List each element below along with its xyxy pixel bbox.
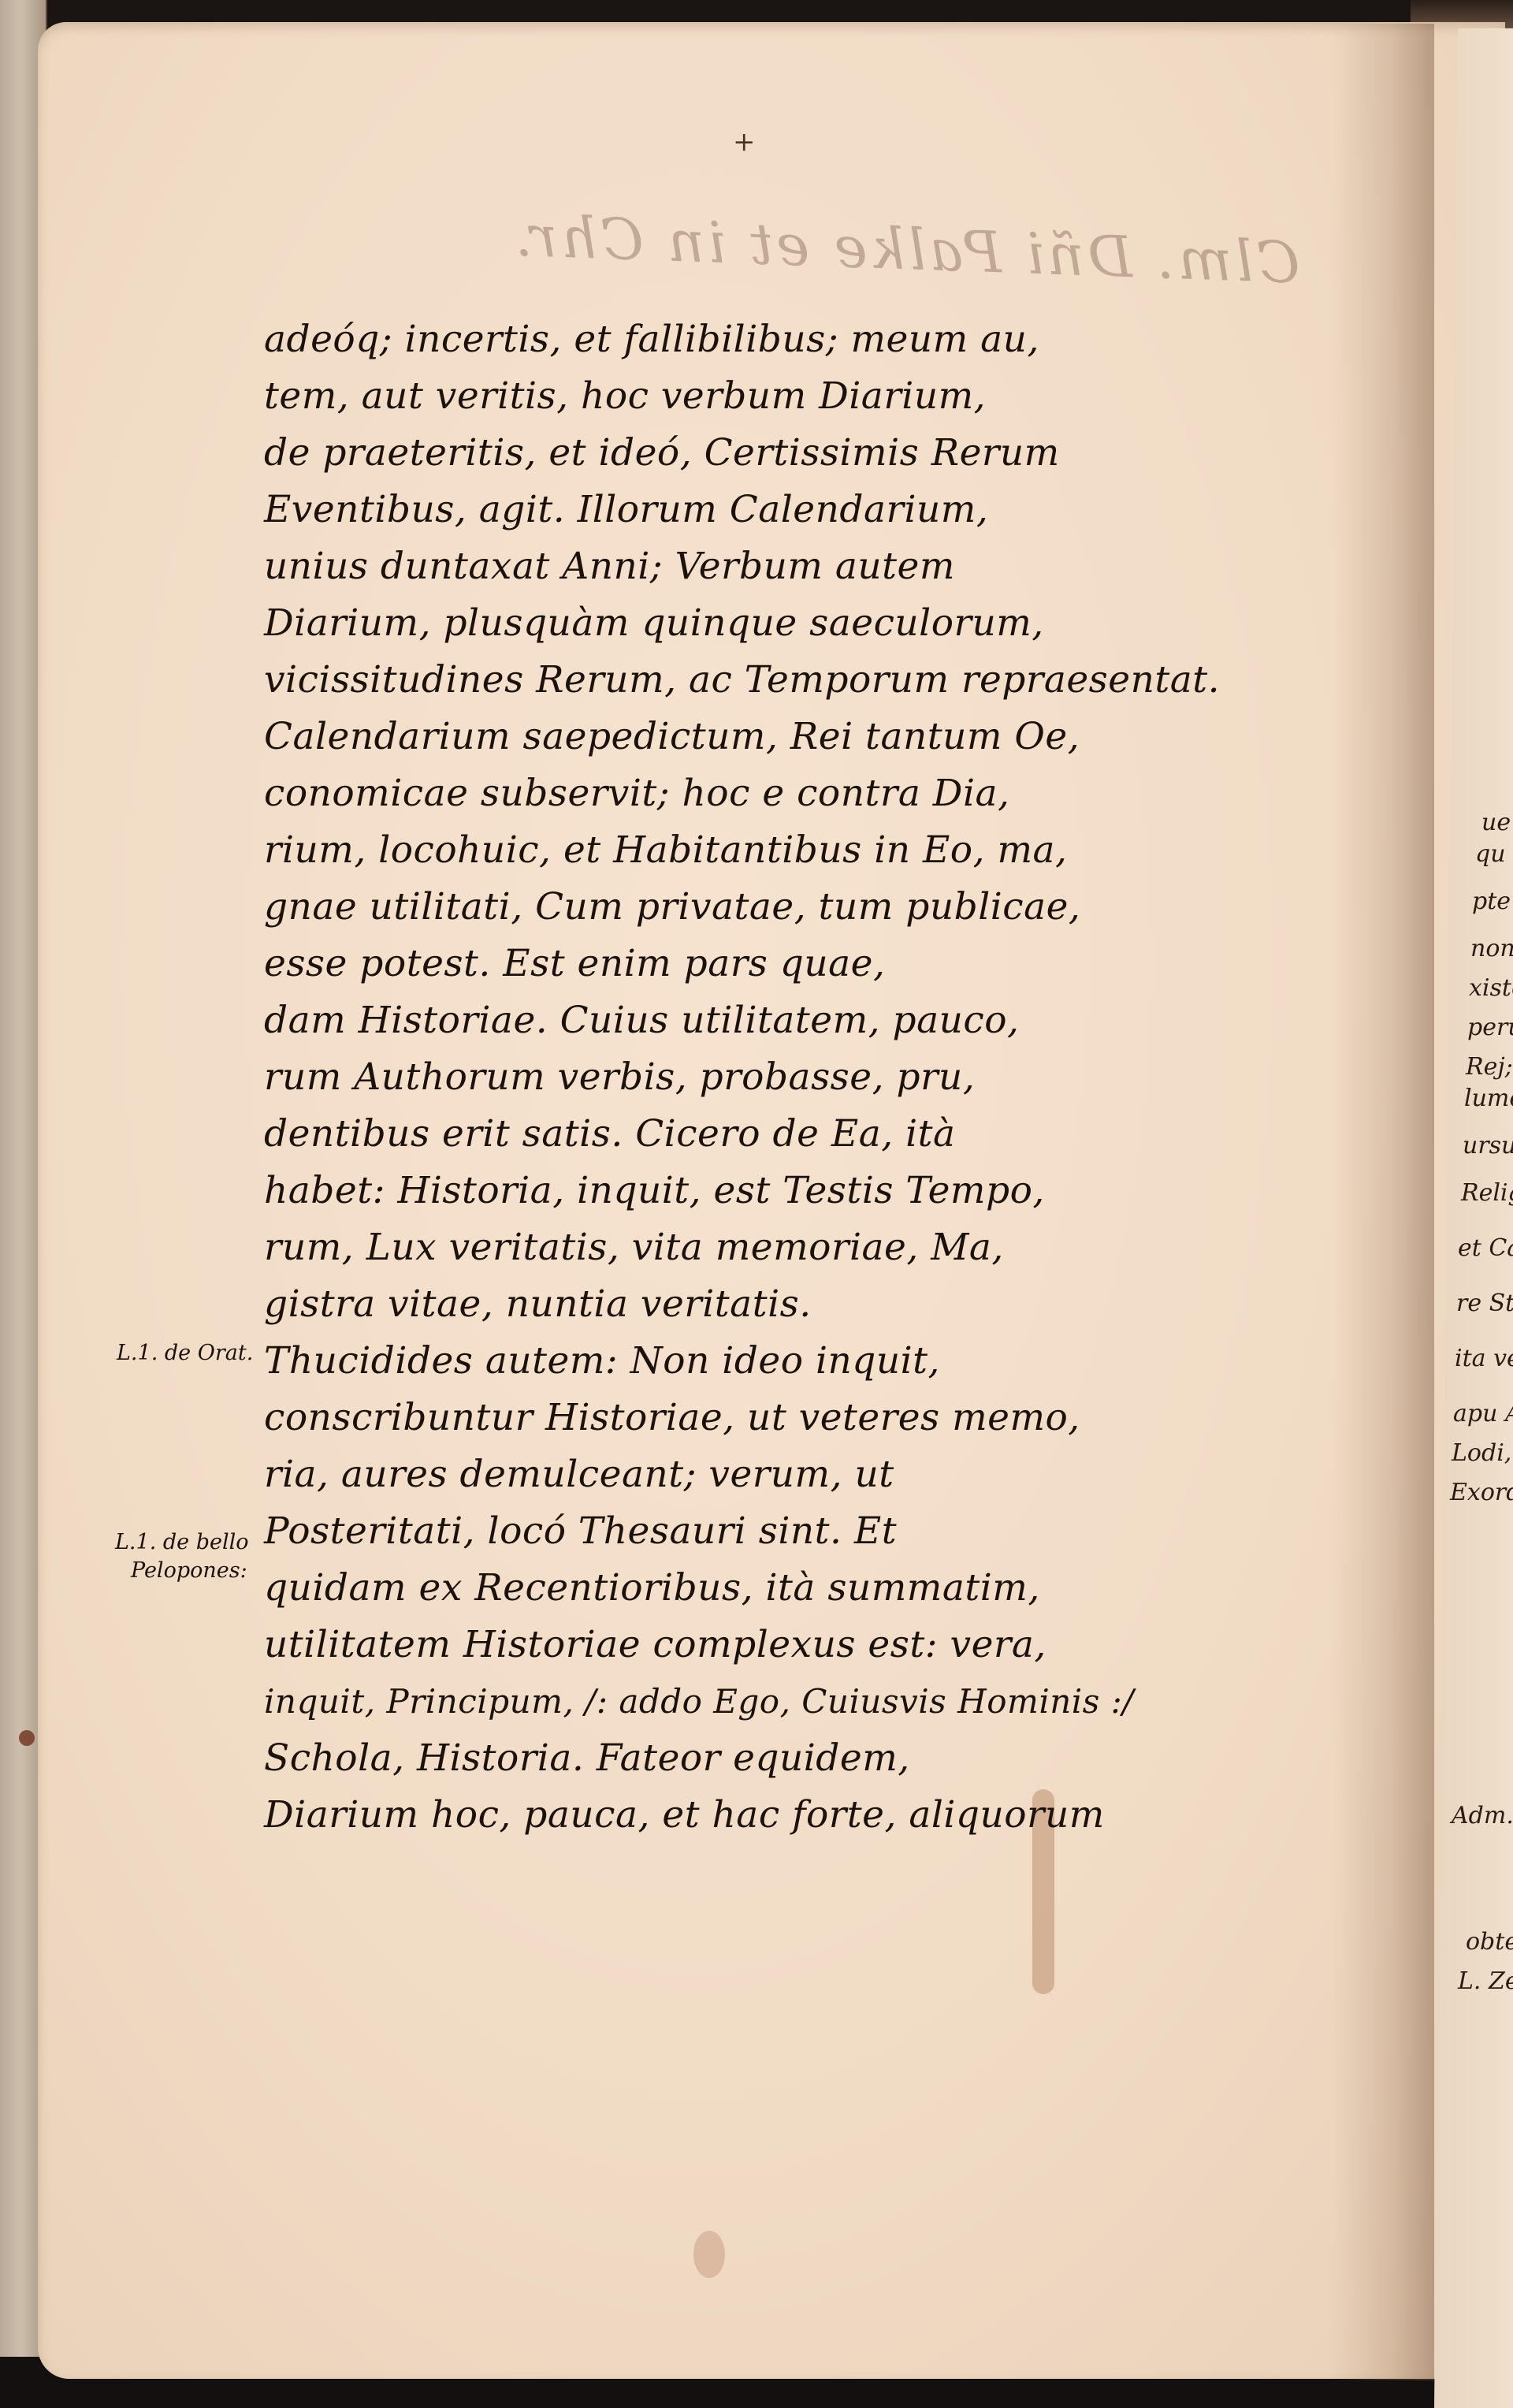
facing-page-fragment: Adm. R. d xyxy=(1452,1802,1513,1829)
text-line: habet: Historia, inquit, est Testis Temp… xyxy=(264,1163,1312,1219)
text-line: Diarium, plusquàm quinque saeculorum, xyxy=(264,595,1312,652)
text-line: conomicae subservit; hoc e contra Dia, xyxy=(264,765,1312,822)
facing-page-fragment: apu Abg xyxy=(1453,1400,1513,1427)
text-line: utilitatem Historiae complexus est: vera… xyxy=(264,1617,1312,1673)
text-line: vicissitudines Rerum, ac Temporum reprae… xyxy=(264,652,1312,709)
ink-stain xyxy=(19,1730,35,1746)
facing-page-fragment: peru xyxy=(1467,1014,1513,1041)
facing-page-fragment: re Stred xyxy=(1456,1290,1513,1317)
facing-page-fragment: xiste xyxy=(1469,974,1513,1002)
main-text-block: adeóq; incertis, et fallibilibus; meum a… xyxy=(264,311,1312,1844)
text-line: gnae utilitati, Cum privatae, tum public… xyxy=(264,879,1312,936)
margin-note-cicero: L.1. de Orat. xyxy=(117,1340,253,1367)
facing-page-fragment: ue xyxy=(1481,809,1511,836)
facing-page-fragment: non xyxy=(1470,935,1513,962)
text-line: Thucidides autem: Non ideo inquit, xyxy=(264,1333,1312,1390)
facing-page-fragment: Rej; a xyxy=(1466,1053,1513,1081)
text-line: Posteritati, locó Thesauri sint. Et xyxy=(264,1503,1312,1560)
facing-page-fragment: ita ve xyxy=(1455,1345,1513,1372)
text-line: rium, locohuic, et Habitantibus in Eo, m… xyxy=(264,822,1312,879)
facing-page-fragment: L. Zero xyxy=(1458,1967,1513,1995)
text-line: Schola, Historia. Fateor equidem, xyxy=(264,1730,1312,1787)
text-line: Calendarium saepedictum, Rei tantum Oe, xyxy=(264,709,1312,765)
text-line: dentibus erit satis. Cicero de Ea, ità xyxy=(264,1106,1312,1163)
facing-page-fragment: obte xyxy=(1466,1928,1513,1956)
text-line: inquit, Principum, /: addo Ego, Cuiusvis… xyxy=(264,1673,1312,1730)
facing-page-fragment: et Calm xyxy=(1458,1234,1513,1262)
text-line: unius duntaxat Anni; Verbum autem xyxy=(264,538,1312,595)
text-line: dam Historiae. Cuius utilitatem, pauco, xyxy=(264,992,1312,1049)
page-gutter-shadow xyxy=(1332,24,1434,2380)
facing-page-fragment: Lodi, pro xyxy=(1452,1439,1513,1467)
margin-note-thucydides: L.1. de bello xyxy=(115,1529,249,1556)
text-line: Eventibus, agit. Illorum Calendarium, xyxy=(264,482,1312,538)
text-line: rum, Lux veritatis, vita memoriae, Ma, xyxy=(264,1219,1312,1276)
text-line: esse potest. Est enim pars quae, xyxy=(264,936,1312,992)
text-line: quidam ex Recentioribus, ità summatim, xyxy=(264,1560,1312,1617)
facing-page-fragment: ursura xyxy=(1463,1132,1513,1159)
ink-stain xyxy=(693,2231,725,2278)
text-line: gistra vitae, nuntia veritatis. xyxy=(264,1276,1312,1333)
facing-page-fragment: Exordio, xyxy=(1450,1479,1513,1506)
text-line: adeóq; incertis, et fallibilibus; meum a… xyxy=(264,311,1312,368)
text-line: rum Authorum verbis, probasse, pru, xyxy=(264,1049,1312,1106)
facing-page-fragment: pte xyxy=(1472,888,1511,915)
facing-page-fragment: qu xyxy=(1475,840,1506,868)
text-line: Diarium hoc, pauca, et hac forte, aliquo… xyxy=(264,1787,1312,1844)
header-mark: + xyxy=(733,126,756,158)
text-line: ria, aures demulceant; verum, ut xyxy=(264,1446,1312,1503)
text-line: conscribuntur Historiae, ut veteres memo… xyxy=(264,1390,1312,1446)
facing-page-fragment: Religion xyxy=(1461,1179,1513,1207)
text-line: tem, aut veritis, hoc verbum Diarium, xyxy=(264,368,1312,425)
facing-page-fragment: lument xyxy=(1464,1085,1513,1112)
margin-note-thucydides-2: Pelopones: xyxy=(131,1558,247,1584)
text-line: de praeteritis, et ideó, Certissimis Rer… xyxy=(264,425,1312,482)
